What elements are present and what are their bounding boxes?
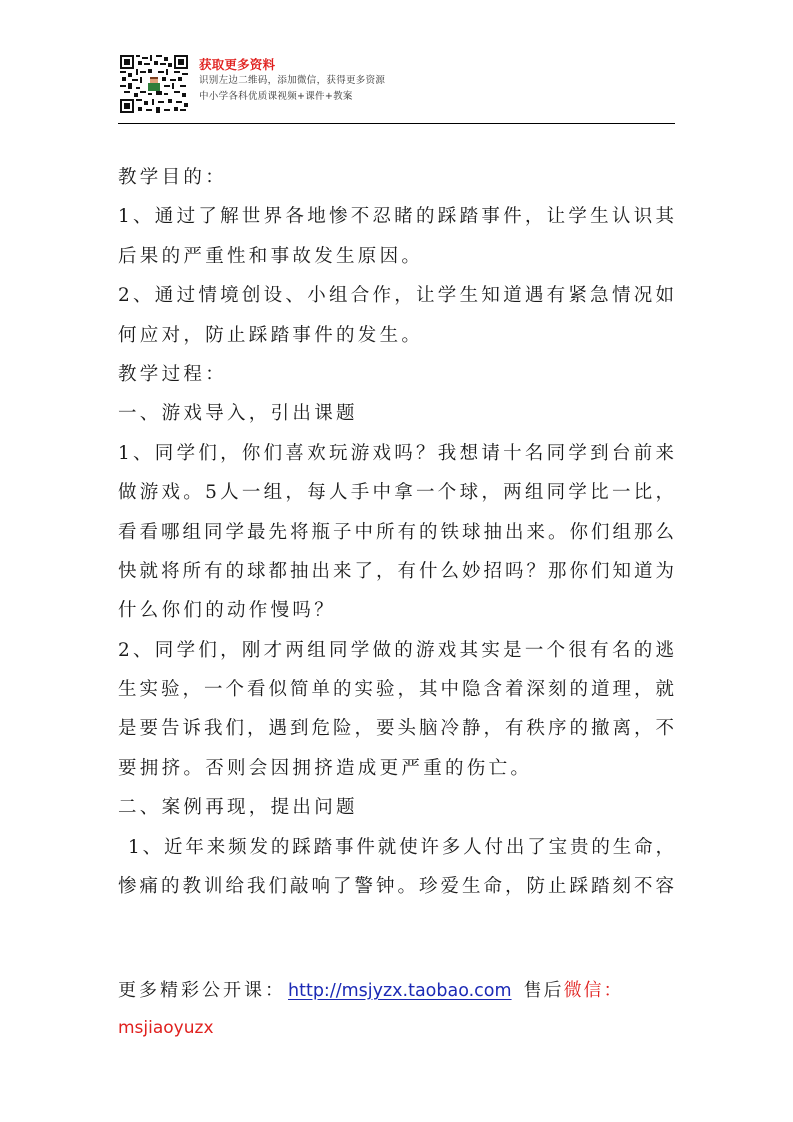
paragraph-line: 1、近年来频发的踩踏事件就使许多人付出了宝贵的生命， [118, 828, 674, 867]
paragraph-line: 要拥挤。否则会因拥挤造成更严重的伤亡。 [118, 749, 678, 788]
promo-line-2: 中小学各科优质课视频+课件+教案 [199, 89, 385, 105]
promo-text: 获取更多资料 识别左边二维码，添加微信，获得更多资源 中小学各科优质课视频+课件… [199, 56, 385, 105]
shop-link[interactable]: http://msjyzx.taobao.com [288, 981, 512, 1001]
qr-code-icon [120, 55, 188, 113]
promo-title: 获取更多资料 [199, 56, 385, 73]
document-body: 教学目的： 1、通过了解世界各地惨不忍睹的踩踏事件，让学生认识其 后果的严重性和… [118, 158, 678, 906]
after-sales-label: 售后 [524, 980, 564, 1001]
paragraph-line: 什么你们的动作慢吗？ [118, 591, 678, 630]
paragraph-line: 惨痛的教训给我们敲响了警钟。珍爱生命，防止踩踏刻不容 [118, 867, 674, 906]
section-heading-1: 一、游戏导入，引出课题 [118, 394, 678, 433]
paragraph-line: 1、通过了解世界各地惨不忍睹的踩踏事件，让学生认识其 [118, 197, 674, 236]
footer-line: 更多精彩公开课：http://msjyzx.taobao.com售后微信： [118, 975, 678, 1007]
promo-footer: 更多精彩公开课：http://msjyzx.taobao.com售后微信： ms… [118, 975, 678, 1041]
section-heading-2: 二、案例再现，提出问题 [118, 788, 678, 827]
paragraph-line: 是要告诉我们，遇到危险，要头脑冷静，有秩序的撤离，不 [118, 709, 674, 748]
paragraph-line: 生实验，一个看似简单的实验，其中隐含着深刻的道理，就 [118, 670, 674, 709]
document-page: 获取更多资料 识别左边二维码，添加微信，获得更多资源 中小学各科优质课视频+课件… [0, 0, 793, 1122]
paragraph-line: 看看哪组同学最先将瓶子中所有的铁球抽出来。你们组那么 [118, 513, 674, 552]
header-divider [118, 123, 675, 124]
paragraph-line: 做游戏。5人一组，每人手中拿一个球，两组同学比一比， [118, 473, 674, 512]
wechat-id: msjiaoyuzx [118, 1015, 678, 1041]
heading-teaching-process: 教学过程： [118, 355, 678, 394]
paragraph-line: 2、同学们，刚才两组同学做的游戏其实是一个很有名的逃 [118, 631, 674, 670]
paragraph-line: 2、通过情境创设、小组合作，让学生知道遇有紧急情况如 [118, 276, 674, 315]
paragraph-line: 快就将所有的球都抽出来了，有什么妙招吗？那你们知道为 [118, 552, 674, 591]
paragraph-line: 后果的严重性和事故发生原因。 [118, 237, 678, 276]
wechat-label: 微信： [564, 980, 624, 1001]
paragraph-line: 1、同学们，你们喜欢玩游戏吗？我想请十名同学到台前来 [118, 434, 674, 473]
paragraph-line: 何应对，防止踩踏事件的发生。 [118, 316, 678, 355]
heading-teaching-goals: 教学目的： [118, 158, 678, 197]
promo-header: 获取更多资料 识别左边二维码，添加微信，获得更多资源 中小学各科优质课视频+课件… [118, 52, 675, 124]
promo-line-1: 识别左边二维码，添加微信，获得更多资源 [199, 73, 385, 89]
footer-label: 更多精彩公开课： [118, 980, 286, 1001]
